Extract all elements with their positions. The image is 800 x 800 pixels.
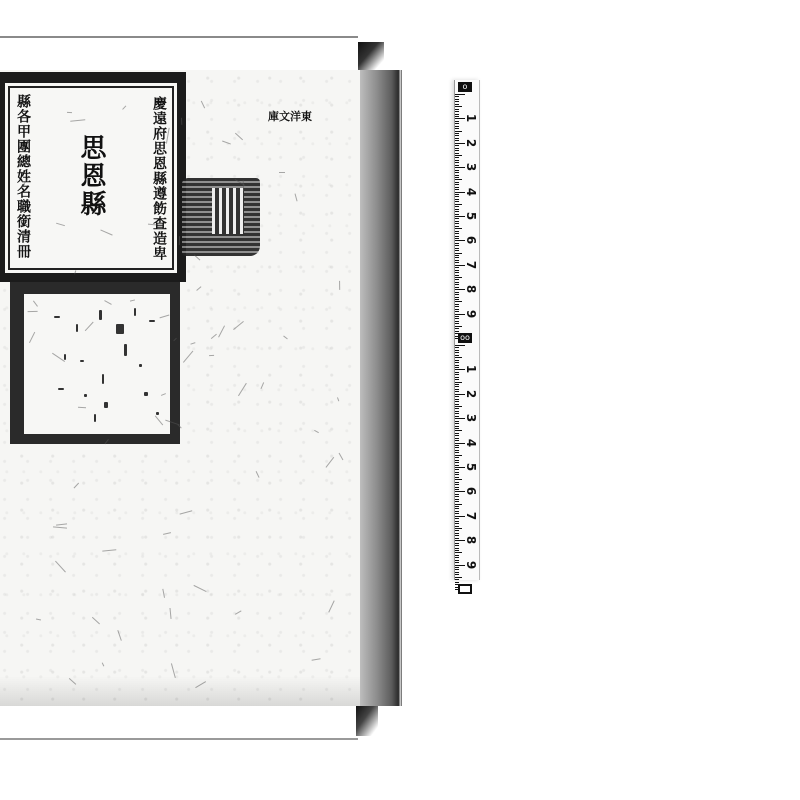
ruler-tick bbox=[455, 552, 462, 553]
ruler-tick bbox=[455, 94, 465, 95]
ruler-tick bbox=[455, 528, 462, 529]
ruler-tick bbox=[455, 201, 459, 202]
ruler-tick bbox=[455, 501, 459, 502]
secondary-label bbox=[10, 282, 180, 444]
ruler-tick bbox=[455, 321, 459, 322]
paper-fiber bbox=[339, 281, 340, 290]
ruler-tick bbox=[455, 465, 459, 466]
ruler-number: 3 bbox=[465, 411, 477, 425]
ruler-tick bbox=[455, 294, 459, 295]
ruler-number: 8 bbox=[465, 533, 477, 547]
ruler-tick bbox=[455, 267, 459, 268]
ruler-tick bbox=[455, 309, 459, 310]
ruler-tick bbox=[455, 160, 459, 161]
faded-ink-mark bbox=[134, 308, 136, 316]
ruler-tick bbox=[455, 262, 459, 263]
ruler-tick bbox=[455, 326, 462, 327]
ruler-tick bbox=[455, 116, 459, 117]
ruler-tick bbox=[455, 391, 459, 392]
ruler-tick bbox=[455, 196, 459, 197]
ruler-tick bbox=[455, 372, 459, 373]
ruler-tick bbox=[455, 204, 462, 205]
ruler-segment-marker-icon bbox=[458, 584, 472, 594]
ruler-tick bbox=[455, 223, 459, 224]
ruler-tick bbox=[455, 153, 459, 154]
title-center: 思恩縣 bbox=[78, 134, 104, 218]
ruler-tick bbox=[455, 433, 459, 434]
ruler-tick bbox=[455, 579, 459, 580]
ruler-tick bbox=[455, 416, 459, 417]
paper-fiber bbox=[209, 355, 214, 356]
ruler-tick bbox=[455, 401, 459, 402]
ruler-tick bbox=[455, 504, 462, 505]
ruler-tick bbox=[455, 106, 462, 107]
ruler-tick bbox=[455, 496, 459, 497]
ruler-tick bbox=[455, 469, 459, 470]
ruler-number: 8 bbox=[465, 282, 477, 296]
ruler-segment-marker-icon: oo bbox=[458, 333, 472, 343]
ruler-tick bbox=[455, 182, 459, 183]
paper-fiber bbox=[181, 118, 182, 125]
faded-ink-mark bbox=[99, 310, 102, 320]
ruler-tick bbox=[455, 287, 459, 288]
spine-shadow bbox=[358, 42, 384, 72]
ruler-tick bbox=[455, 228, 462, 229]
ruler-tick bbox=[455, 250, 459, 251]
ruler-tick bbox=[455, 423, 459, 424]
ruler-tick bbox=[455, 352, 459, 353]
ruler-tick bbox=[455, 226, 459, 227]
ruler-tick bbox=[455, 384, 459, 385]
ruler-tick bbox=[455, 233, 459, 234]
ruler-number: 7 bbox=[465, 509, 477, 523]
ruler-tick bbox=[455, 548, 459, 549]
ruler-tick bbox=[455, 484, 459, 485]
ruler-tick bbox=[455, 489, 459, 490]
ruler-number: 4 bbox=[465, 185, 477, 199]
ruler-tick bbox=[455, 270, 459, 271]
ruler-tick bbox=[455, 487, 459, 488]
ruler-number: 2 bbox=[465, 387, 477, 401]
ruler-tick bbox=[455, 145, 459, 146]
ruler-tick bbox=[455, 214, 459, 215]
ruler-tick bbox=[455, 284, 459, 285]
ruler-tick bbox=[455, 257, 459, 258]
ruler-number: 7 bbox=[465, 258, 477, 272]
faded-ink-mark bbox=[104, 402, 108, 408]
measuring-ruler: o123456789oo123456789 bbox=[454, 80, 480, 580]
ruler-tick bbox=[455, 140, 459, 141]
ruler-tick bbox=[455, 355, 459, 356]
ruler-tick bbox=[455, 362, 459, 363]
ruler-tick bbox=[455, 301, 462, 302]
ruler-number: 5 bbox=[465, 460, 477, 474]
ruler-tick bbox=[455, 582, 459, 583]
ruler-tick bbox=[455, 292, 459, 293]
ruler-tick bbox=[455, 406, 462, 407]
ruler-tick bbox=[455, 533, 459, 534]
ruler-tick bbox=[455, 413, 459, 414]
ruler-tick bbox=[455, 360, 459, 361]
ruler-tick bbox=[455, 187, 459, 188]
ruler-tick bbox=[455, 457, 459, 458]
ruler-tick bbox=[455, 221, 459, 222]
ruler-tick bbox=[455, 304, 459, 305]
ruler-tick bbox=[455, 479, 462, 480]
ruler-tick bbox=[455, 494, 459, 495]
ruler-tick bbox=[455, 206, 459, 207]
ruler-tick bbox=[455, 282, 459, 283]
ruler-tick bbox=[455, 411, 459, 412]
faded-ink-mark bbox=[80, 360, 84, 362]
ruler-tick bbox=[455, 452, 459, 453]
ruler-tick bbox=[455, 438, 459, 439]
secondary-label-inner bbox=[24, 294, 170, 434]
ruler-tick bbox=[455, 569, 459, 570]
faded-ink-mark bbox=[76, 324, 78, 332]
ruler-tick bbox=[455, 155, 462, 156]
faded-ink-mark bbox=[84, 394, 87, 397]
ruler-tick bbox=[455, 104, 459, 105]
ruler-tick bbox=[455, 157, 459, 158]
ruler-tick bbox=[455, 345, 465, 346]
ruler-tick bbox=[455, 347, 459, 348]
ruler-tick bbox=[455, 408, 459, 409]
ruler-tick bbox=[455, 396, 459, 397]
ruler-tick bbox=[455, 472, 459, 473]
ruler-tick bbox=[455, 508, 459, 509]
ruler-end-cap-icon: o bbox=[458, 82, 472, 92]
ruler-tick bbox=[455, 435, 459, 436]
faded-ink-mark bbox=[54, 316, 60, 318]
ruler-tick bbox=[455, 562, 459, 563]
ruler-tick bbox=[455, 170, 459, 171]
ruler-tick bbox=[455, 440, 459, 441]
ruler-tick bbox=[455, 109, 459, 110]
ruler-tick bbox=[455, 189, 459, 190]
ruler-tick bbox=[455, 386, 459, 387]
ruler-tick bbox=[455, 175, 459, 176]
ruler-tick bbox=[455, 179, 462, 180]
ruler-tick bbox=[455, 399, 459, 400]
ruler-tick bbox=[455, 499, 459, 500]
ruler-tick bbox=[455, 555, 459, 556]
ruler-tick bbox=[455, 526, 459, 527]
paper-fiber bbox=[279, 172, 285, 173]
ruler-tick bbox=[455, 255, 459, 256]
faded-ink-mark bbox=[64, 354, 66, 360]
ruler-tick bbox=[455, 545, 459, 546]
ruler-tick bbox=[455, 138, 459, 139]
ruler-tick bbox=[455, 318, 459, 319]
ruler-tick bbox=[455, 404, 459, 405]
ruler-tick bbox=[455, 245, 459, 246]
ruler-tick bbox=[455, 328, 459, 329]
faded-ink-mark bbox=[156, 412, 159, 415]
ruler-tick bbox=[455, 243, 459, 244]
ruler-number: 1 bbox=[465, 111, 477, 125]
ruler-tick bbox=[455, 126, 459, 127]
ruler-tick bbox=[455, 184, 459, 185]
ruler-tick bbox=[455, 253, 462, 254]
ruler-tick bbox=[455, 272, 459, 273]
ruler-number: 9 bbox=[465, 307, 477, 321]
ruler-tick bbox=[455, 238, 459, 239]
ruler-tick bbox=[455, 316, 459, 317]
ruler-tick bbox=[455, 199, 459, 200]
ruler-tick bbox=[455, 538, 459, 539]
ruler-tick bbox=[455, 162, 459, 163]
ruler-tick bbox=[455, 260, 459, 261]
ruler-tick bbox=[455, 543, 459, 544]
title-label-inner: 慶遠府思恩縣遵飭查造卑 思恩縣 縣各甲團總姓名職銜清冊 bbox=[8, 86, 174, 270]
ruler-tick bbox=[455, 236, 459, 237]
ruler-tick bbox=[455, 194, 459, 195]
ruler-tick bbox=[455, 357, 462, 358]
ruler-tick bbox=[455, 135, 459, 136]
title-label: 慶遠府思恩縣遵飭查造卑 思恩縣 縣各甲團總姓名職銜清冊 bbox=[0, 72, 186, 282]
ruler-tick bbox=[455, 279, 459, 280]
ruler-number: 3 bbox=[465, 160, 477, 174]
ruler-number: 5 bbox=[465, 209, 477, 223]
ruler-tick bbox=[455, 450, 459, 451]
ruler-tick bbox=[455, 131, 462, 132]
ruler-tick bbox=[455, 430, 462, 431]
ruler-tick bbox=[455, 574, 459, 575]
ruler-tick bbox=[455, 477, 459, 478]
faded-ink-mark bbox=[139, 364, 142, 367]
faded-ink-mark bbox=[124, 344, 127, 356]
ruler-tick bbox=[455, 211, 459, 212]
book-spine-edge bbox=[360, 70, 402, 706]
ruler-tick bbox=[455, 299, 459, 300]
ruler-tick bbox=[455, 426, 459, 427]
ruler-tick bbox=[455, 377, 459, 378]
ruler-tick bbox=[455, 311, 459, 312]
ruler-tick bbox=[455, 350, 459, 351]
faded-ink-mark bbox=[58, 388, 64, 390]
ruler-number: 6 bbox=[465, 233, 477, 247]
ruler-tick bbox=[455, 506, 459, 507]
ruler-tick bbox=[455, 447, 459, 448]
ruler-tick bbox=[455, 511, 459, 512]
seal-stamp-icon bbox=[182, 178, 260, 256]
spine-shadow bbox=[356, 706, 378, 736]
paper-fiber bbox=[179, 236, 180, 245]
ruler-tick bbox=[455, 445, 459, 446]
title-right-column: 慶遠府思恩縣遵飭查造卑 bbox=[152, 96, 166, 261]
ruler-number: 4 bbox=[465, 436, 477, 450]
faded-ink-mark bbox=[94, 414, 96, 422]
ruler-tick bbox=[455, 121, 459, 122]
ruler-tick bbox=[455, 172, 459, 173]
ruler-tick bbox=[455, 379, 459, 380]
ruler-tick bbox=[455, 99, 459, 100]
ruler-tick bbox=[455, 460, 459, 461]
ruler-tick bbox=[455, 367, 459, 368]
ruler-tick bbox=[455, 513, 459, 514]
ruler-tick bbox=[455, 530, 459, 531]
ruler-tick bbox=[455, 389, 459, 390]
paper-fiber bbox=[78, 406, 86, 408]
title-left-column: 縣各甲團總姓名職銜清冊 bbox=[16, 94, 30, 259]
ruler-tick bbox=[455, 96, 459, 97]
faded-ink-mark bbox=[149, 320, 155, 322]
faded-ink-mark bbox=[144, 392, 148, 396]
ruler-tick bbox=[455, 123, 459, 124]
ruler-tick bbox=[455, 474, 459, 475]
library-mark: 庫文洋東 bbox=[268, 108, 312, 124]
ruler-number: 1 bbox=[465, 362, 477, 376]
ruler-tick bbox=[455, 323, 459, 324]
ruler-tick bbox=[455, 277, 462, 278]
ruler-tick bbox=[455, 150, 459, 151]
ruler-tick bbox=[455, 209, 459, 210]
ruler-tick bbox=[455, 455, 462, 456]
ruler-tick bbox=[455, 550, 459, 551]
ruler-tick bbox=[455, 306, 459, 307]
ruler-tick bbox=[455, 133, 459, 134]
ruler-tick bbox=[455, 572, 459, 573]
ruler-tick bbox=[455, 567, 459, 568]
ruler-tick bbox=[455, 297, 459, 298]
ruler-tick bbox=[455, 165, 459, 166]
ruler-tick bbox=[455, 331, 459, 332]
ruler-tick bbox=[455, 114, 459, 115]
ruler-tick bbox=[455, 218, 459, 219]
ruler-tick bbox=[455, 128, 459, 129]
faded-ink-mark bbox=[102, 374, 104, 384]
ruler-tick bbox=[455, 518, 459, 519]
ruler-tick bbox=[455, 177, 459, 178]
ruler-number: 2 bbox=[465, 136, 477, 150]
ruler-tick bbox=[455, 374, 459, 375]
ruler-tick bbox=[455, 111, 459, 112]
ruler-tick bbox=[455, 248, 459, 249]
ruler-tick bbox=[455, 560, 459, 561]
ruler-tick bbox=[455, 421, 459, 422]
faded-ink-mark bbox=[116, 324, 124, 334]
ruler-tick bbox=[455, 535, 459, 536]
ruler-tick bbox=[455, 148, 459, 149]
ruler-tick bbox=[455, 482, 459, 483]
ruler-tick bbox=[455, 101, 459, 102]
ruler-tick bbox=[455, 428, 459, 429]
ruler-tick bbox=[455, 557, 459, 558]
ruler-number: 9 bbox=[465, 558, 477, 572]
ruler-tick bbox=[455, 523, 459, 524]
ruler-tick bbox=[455, 521, 459, 522]
ruler-tick bbox=[455, 577, 462, 578]
ruler-tick bbox=[455, 231, 459, 232]
ruler-tick bbox=[455, 382, 462, 383]
ruler-tick bbox=[455, 365, 459, 366]
ruler-tick bbox=[455, 462, 459, 463]
ruler-number: 6 bbox=[465, 484, 477, 498]
ruler-tick bbox=[455, 275, 459, 276]
